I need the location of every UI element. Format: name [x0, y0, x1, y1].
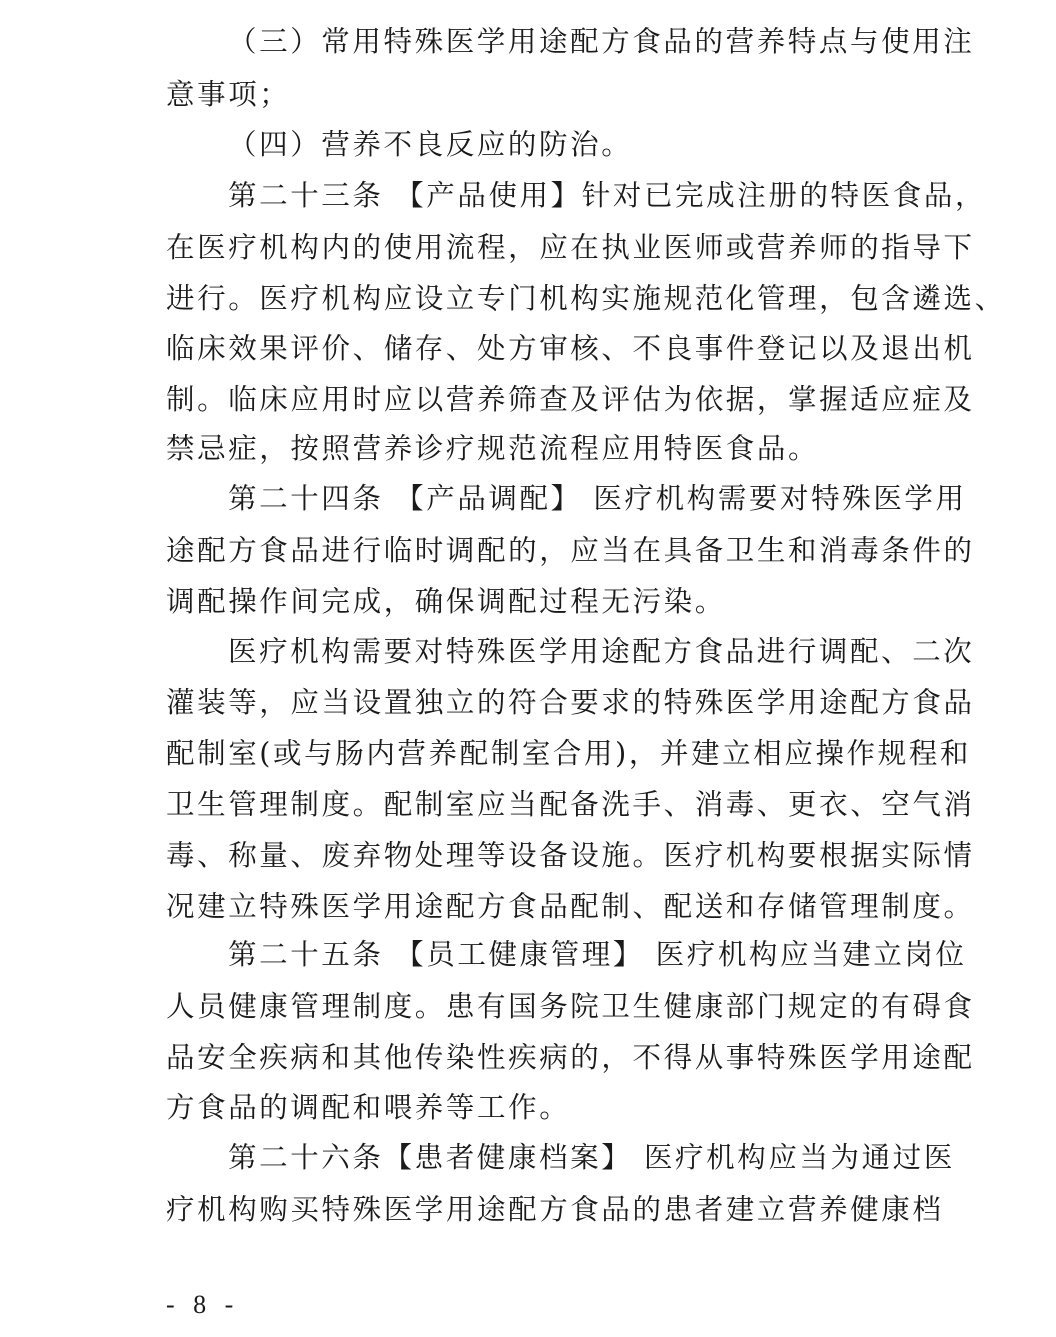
text-line: （三）常用特殊医学用途配方食品的营养特点与使用注: [228, 22, 916, 62]
text-line: 人员健康管理制度。患有国务院卫生健康部门规定的有碍食: [166, 987, 916, 1027]
text-line: 配制室(或与肠内营养配制室合用)，并建立相应操作规程和: [166, 734, 916, 774]
text-line: 禁忌症，按照营养诊疗规范流程应用特医食品。: [166, 429, 916, 469]
text-line: 况建立特殊医学用途配方食品配制、配送和存储管理制度。: [166, 887, 916, 927]
article-26-heading-line: 第二十六条【患者健康档案】 医疗机构应当为通过医: [228, 1138, 916, 1178]
text-line: 方食品的调配和喂养等工作。: [166, 1088, 916, 1128]
text-line: 疗机构购买特殊医学用途配方食品的患者建立营养健康档: [166, 1190, 916, 1230]
article-25-heading-line: 第二十五条 【员工健康管理】 医疗机构应当建立岗位: [228, 935, 916, 975]
text-line: 品安全疾病和其他传染性疾病的，不得从事特殊医学用途配: [166, 1038, 916, 1078]
page-number: - 8 -: [166, 1290, 239, 1320]
text-line: 卫生管理制度。配制室应当配备洗手、消毒、更衣、空气消: [166, 785, 916, 825]
article-24-heading-line: 第二十四条 【产品调配】 医疗机构需要对特殊医学用: [228, 479, 916, 519]
article-23-heading-line: 第二十三条 【产品使用】针对已完成注册的特医食品，: [228, 176, 916, 216]
text-line: 进行。医疗机构应设立专门机构实施规范化管理，包含遴选、: [166, 279, 916, 319]
text-line: 医疗机构需要对特殊医学用途配方食品进行调配、二次: [228, 632, 916, 672]
text-line: 在医疗机构内的使用流程，应在执业医师或营养师的指导下: [166, 228, 916, 268]
document-page: （三）常用特殊医学用途配方食品的营养特点与使用注 意事项； （四）营养不良反应的…: [0, 0, 1056, 1337]
text-line: 意事项；: [166, 75, 916, 115]
text-line: 制。临床应用时应以营养筛查及评估为依据，掌握适应症及: [166, 380, 916, 420]
text-line: 途配方食品进行临时调配的，应当在具备卫生和消毒条件的: [166, 531, 916, 571]
text-line: 灌装等，应当设置独立的符合要求的特殊医学用途配方食品: [166, 683, 916, 723]
text-line: 临床效果评价、储存、处方审核、不良事件登记以及退出机: [166, 329, 916, 369]
text-line: 毒、称量、废弃物处理等设备设施。医疗机构要根据实际情: [166, 836, 916, 876]
text-line: 调配操作间完成，确保调配过程无污染。: [166, 582, 916, 622]
text-line: （四）营养不良反应的防治。: [228, 125, 916, 165]
